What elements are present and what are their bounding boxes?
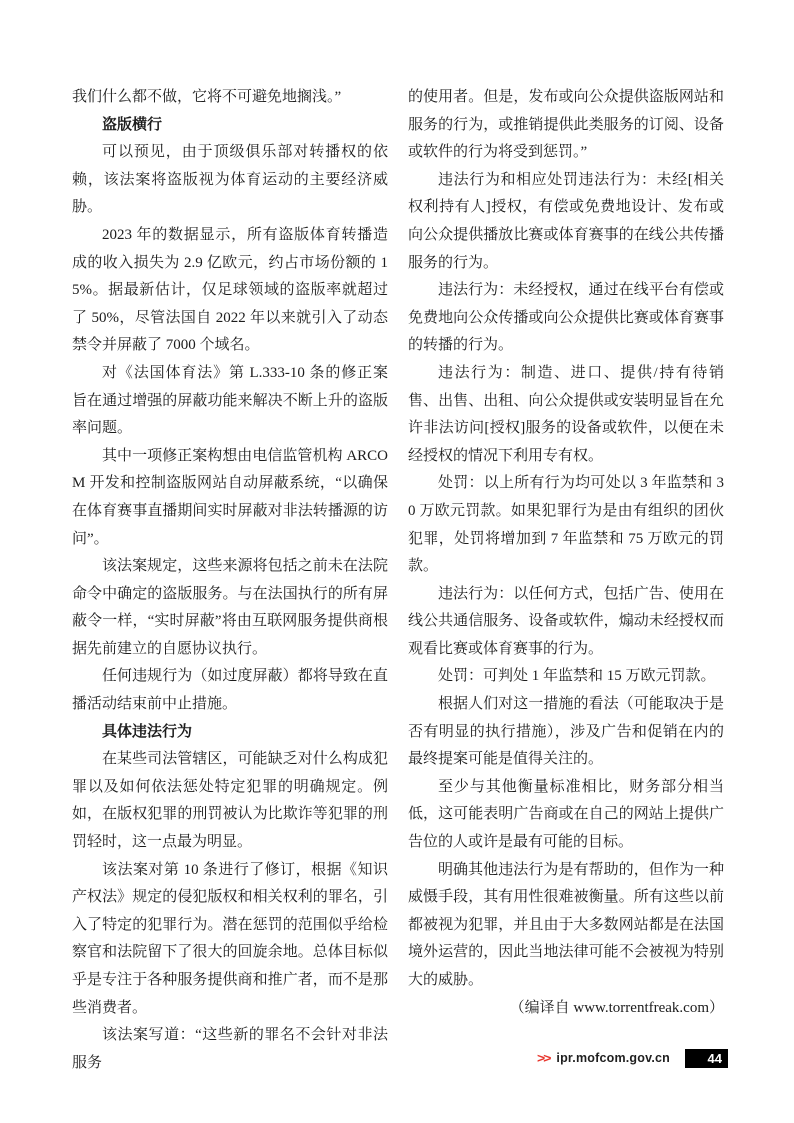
paragraph: 任何违规行为（如过度屏蔽）都将导致在直播活动结束前中止措施。 <box>72 663 388 718</box>
article-body: 我们什么都不做，它将不可避免地搁浅。” 盗版横行 可以预见，由于顶级俱乐部对转播… <box>72 84 724 1077</box>
double-chevron-icon: >> <box>537 1051 549 1065</box>
attribution-line: （编译自 www.torrentfreak.com） <box>408 995 724 1023</box>
paragraph: 可以预见，由于顶级俱乐部对转播权的依赖，该法案将盗版视为体育运动的主要经济威胁。 <box>72 139 388 222</box>
paragraph: 该法案写道：“这些新的罪名不会针对非法服务 <box>72 1022 388 1077</box>
paragraph: 至少与其他衡量标准相比，财务部分相当低，这可能表明广告商或在自己的网站上提供广告… <box>408 774 724 857</box>
page-footer: >> ipr.mofcom.gov.cn 44 <box>537 1048 728 1068</box>
paragraph: 2023 年的数据显示，所有盗版体育转播造成的收入损失为 2.9 亿欧元，约占市… <box>72 222 388 360</box>
paragraph: 该法案对第 10 条进行了修订，根据《知识产权法》规定的侵犯版权和相关权利的罪名… <box>72 857 388 1023</box>
paragraph: 根据人们对这一措施的看法（可能取决于是否有明显的执行措施），涉及广告和促销在内的… <box>408 691 724 774</box>
paragraph: 违法行为：制造、进口、提供/持有待销售、出售、出租、向公众提供或安装明显旨在允许… <box>408 360 724 470</box>
footer-site-url: ipr.mofcom.gov.cn <box>556 1051 670 1065</box>
left-column: 我们什么都不做，它将不可避免地搁浅。” 盗版横行 可以预见，由于顶级俱乐部对转播… <box>72 84 388 1077</box>
paragraph: 我们什么都不做，它将不可避免地搁浅。” <box>72 84 388 112</box>
section-heading: 具体违法行为 <box>72 719 388 747</box>
paragraph: 明确其他违法行为是有帮助的，但作为一种威慑手段，其有用性很难被衡量。所有这些以前… <box>408 857 724 995</box>
paragraph: 违法行为：未经授权，通过在线平台有偿或免费地向公众传播或向公众提供比赛或体育赛事… <box>408 277 724 360</box>
document-page: 我们什么都不做，它将不可避免地搁浅。” 盗版横行 可以预见，由于顶级俱乐部对转播… <box>0 0 794 1123</box>
paragraph: 处罚：以上所有行为均可处以 3 年监禁和 30 万欧元罚款。如果犯罪行为是由有组… <box>408 470 724 580</box>
right-column: 的使用者。但是，发布或向公众提供盗版网站和服务的行为，或推销提供此类服务的订阅、… <box>408 84 724 1077</box>
paragraph: 处罚：可判处 1 年监禁和 15 万欧元罚款。 <box>408 663 724 691</box>
paragraph: 对《法国体育法》第 L.333-10 条的修正案旨在通过增强的屏蔽功能来解决不断… <box>72 360 388 443</box>
paragraph: 违法行为和相应处罚违法行为：未经[相关权利持有人]授权，有偿或免费地设计、发布或… <box>408 167 724 277</box>
section-heading: 盗版横行 <box>72 112 388 140</box>
paragraph: 其中一项修正案构想由电信监管机构 ARCOM 开发和控制盗版网站自动屏蔽系统，“… <box>72 443 388 553</box>
page-number-badge: 44 <box>685 1049 728 1068</box>
paragraph: 该法案规定，这些来源将包括之前未在法院命令中确定的盗版服务。与在法国执行的所有屏… <box>72 553 388 663</box>
paragraph: 在某些司法管辖区，可能缺乏对什么构成犯罪以及如何依法惩处特定犯罪的明确规定。例如… <box>72 746 388 856</box>
paragraph: 的使用者。但是，发布或向公众提供盗版网站和服务的行为，或推销提供此类服务的订阅、… <box>408 84 724 167</box>
paragraph: 违法行为：以任何方式，包括广告、使用在线公共通信服务、设备或软件，煽动未经授权而… <box>408 581 724 664</box>
